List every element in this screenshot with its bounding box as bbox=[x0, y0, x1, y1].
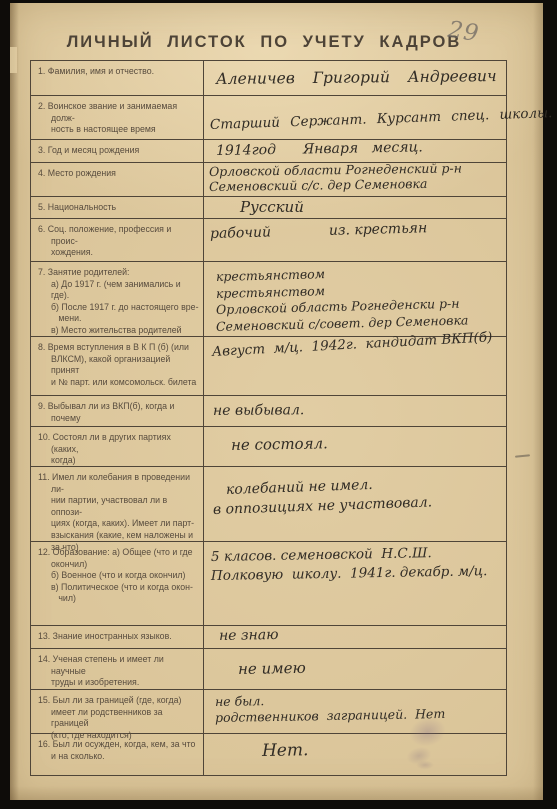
field-social-answer: рабочий из. крестьян bbox=[204, 219, 506, 261]
page-title: ЛИЧНЫЙ ЛИСТОК ПО УЧЕТУ КАДРОВ bbox=[10, 33, 518, 52]
field-languages-label: 13. Знание иностранных языков. bbox=[31, 626, 204, 648]
form-row-birth-place: 4. Место рождения Орловской области Рогн… bbox=[31, 163, 506, 197]
field-other-parties-answer: не состоял. bbox=[204, 427, 506, 466]
handwritten-text: не состоял. bbox=[231, 431, 506, 454]
field-abroad-answer: не был. родственников заграницей. Нет bbox=[204, 690, 506, 733]
field-parents-label: 7. Занятие родителей: а) До 1917 г. (чем… bbox=[31, 262, 204, 336]
field-party-exit-label: 9. Выбывал ли из ВКП(б), когда и почему bbox=[31, 396, 204, 426]
handwritten-text: Старший Сержант. Курсант спец. школы. bbox=[210, 105, 553, 133]
field-rank-label: 2. Воинское звание и занимаемая долж- но… bbox=[31, 96, 204, 139]
field-education-label: 12. Образование: а) Общее (что и где око… bbox=[31, 542, 204, 625]
handwritten-text: Полковую школу. 1941г. декабр. м/ц. bbox=[211, 562, 506, 586]
field-convictions-answer: Нет. bbox=[204, 734, 506, 775]
form-row-languages: 13. Знание иностранных языков. не знаю bbox=[31, 626, 506, 649]
field-social-label: 6. Соц. положение, профессия и проис- хо… bbox=[31, 219, 204, 261]
field-birthplace-label: 4. Место рождения bbox=[31, 163, 204, 196]
form-row-academic-degree: 14. Ученая степень и имеет ли научные тр… bbox=[31, 649, 506, 690]
form-row-party-entry: 8. Время вступления в В К П (б) (или ВЛК… bbox=[31, 337, 506, 396]
scan-background: ЛИЧНЫЙ ЛИСТОК ПО УЧЕТУ КАДРОВ 29 1. Фами… bbox=[0, 0, 557, 809]
field-birthplace-answer: Орловской области Рогнеденский р-н Семен… bbox=[204, 163, 506, 196]
field-surname-answer: Аленичев Григорий Андреевич bbox=[204, 61, 506, 95]
pencil-page-number: 29 bbox=[446, 17, 481, 48]
field-other-parties-label: 10. Состоял ли в других партиях (каких, … bbox=[31, 427, 204, 466]
field-nationality-label: 5. Национальность bbox=[31, 197, 204, 218]
field-convictions-label: 16. Был ли осужден, когда, кем, за что и… bbox=[31, 734, 204, 775]
personnel-form-table: 1. Фамилия, имя и отчество. Аленичев Гри… bbox=[30, 60, 507, 776]
field-birthdate-label: 3. Год и месяц рождения bbox=[31, 140, 204, 162]
handwritten-text: рабочий из. крестьян bbox=[210, 218, 506, 242]
pencil-mark bbox=[515, 454, 530, 458]
field-parents-answer: крестьянством крестьянством Орловской об… bbox=[204, 262, 506, 336]
handwritten-text: не имею bbox=[238, 655, 506, 678]
field-abroad-label: 15. Был ли за границей (где, когда) имее… bbox=[31, 690, 204, 733]
field-degree-label: 14. Ученая степень и имеет ли научные тр… bbox=[31, 649, 204, 689]
handwritten-text: не знаю bbox=[219, 623, 506, 644]
field-nationality-answer: Русский bbox=[204, 197, 506, 218]
field-languages-answer: не знаю bbox=[204, 626, 506, 648]
form-row-social-position: 6. Соц. положение, профессия и проис- хо… bbox=[31, 219, 506, 262]
field-rank-answer: Старший Сержант. Курсант спец. школы. bbox=[204, 96, 553, 139]
handwritten-text: не выбывал. bbox=[213, 400, 506, 419]
form-row-party-line: 11. Имел ли колебания в проведении ли- н… bbox=[31, 467, 506, 542]
handwritten-text: Нет. bbox=[262, 737, 506, 761]
form-row-other-parties: 10. Состоял ли в других партиях (каких, … bbox=[31, 427, 506, 467]
field-party-entry-answer: Август м/ц. 1942г. кандидат ВКП(б) bbox=[204, 337, 506, 395]
handwritten-text: Семеновский с/с. дер Семеновка bbox=[209, 175, 506, 194]
form-row-surname: 1. Фамилия, имя и отчество. Аленичев Гри… bbox=[31, 61, 506, 96]
form-row-military-rank: 2. Воинское звание и занимаемая долж- но… bbox=[31, 96, 506, 140]
form-row-party-exit: 9. Выбывал ли из ВКП(б), когда и почему … bbox=[31, 396, 506, 427]
field-surname-label: 1. Фамилия, имя и отчество. bbox=[31, 61, 204, 95]
field-party-line-answer: колебаний не имел. в оппозициях не участ… bbox=[204, 467, 506, 541]
field-birthdate-answer: 1914год Января месяц. bbox=[204, 140, 506, 162]
form-row-birth-date: 3. Год и месяц рождения 1914год Января м… bbox=[31, 140, 506, 163]
field-degree-answer: не имею bbox=[204, 649, 506, 689]
ink-smudge bbox=[412, 758, 438, 772]
form-row-education: 12. Образование: а) Общее (что и где око… bbox=[31, 542, 506, 626]
handwritten-text: Аленичев Григорий Андреевич bbox=[216, 67, 506, 88]
form-row-parents-occupation: 7. Занятие родителей: а) До 1917 г. (чем… bbox=[31, 262, 506, 337]
document-page: ЛИЧНЫЙ ЛИСТОК ПО УЧЕТУ КАДРОВ 29 1. Фами… bbox=[10, 3, 543, 800]
field-education-answer: 5 класов. семеновской Н.С.Ш. Полковую шк… bbox=[204, 542, 506, 625]
field-party-entry-label: 8. Время вступления в В К П (б) (или ВЛК… bbox=[31, 337, 204, 395]
field-party-exit-answer: не выбывал. bbox=[204, 396, 506, 426]
form-row-nationality: 5. Национальность Русский bbox=[31, 197, 506, 219]
handwritten-text: Русский bbox=[240, 198, 506, 216]
handwritten-text: 1914год Января месяц. bbox=[216, 138, 506, 159]
field-party-line-label: 11. Имел ли колебания в проведении ли- н… bbox=[31, 467, 204, 541]
